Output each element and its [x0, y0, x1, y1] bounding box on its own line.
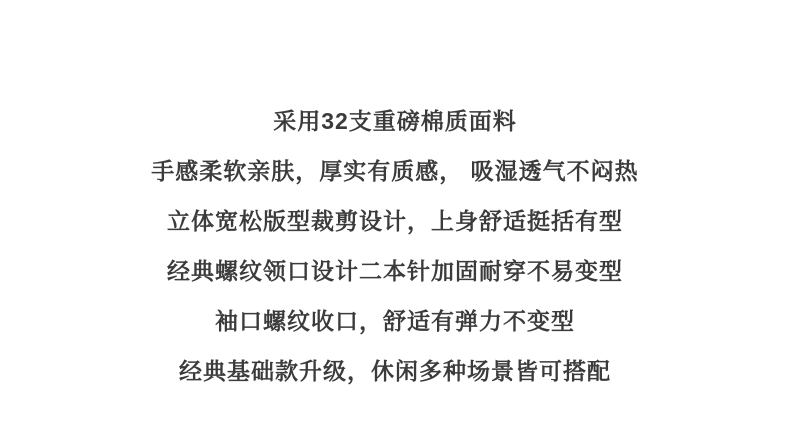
description-line-cut: 立体宽松版型裁剪设计，上身舒适挺括有型: [0, 196, 790, 246]
description-line-cuff: 袖口螺纹收口，舒适有弹力不变型: [0, 296, 790, 346]
description-line-style: 经典基础款升级，休闲多种场景皆可搭配: [0, 346, 790, 396]
description-line-feel: 手感柔软亲肤，厚实有质感， 吸湿透气不闷热: [0, 146, 790, 196]
product-description-block: 采用32支重磅棉质面料 手感柔软亲肤，厚实有质感， 吸湿透气不闷热 立体宽松版型…: [0, 0, 790, 396]
description-line-fabric: 采用32支重磅棉质面料: [0, 96, 790, 146]
description-line-collar: 经典螺纹领口设计二本针加固耐穿不易变型: [0, 246, 790, 296]
